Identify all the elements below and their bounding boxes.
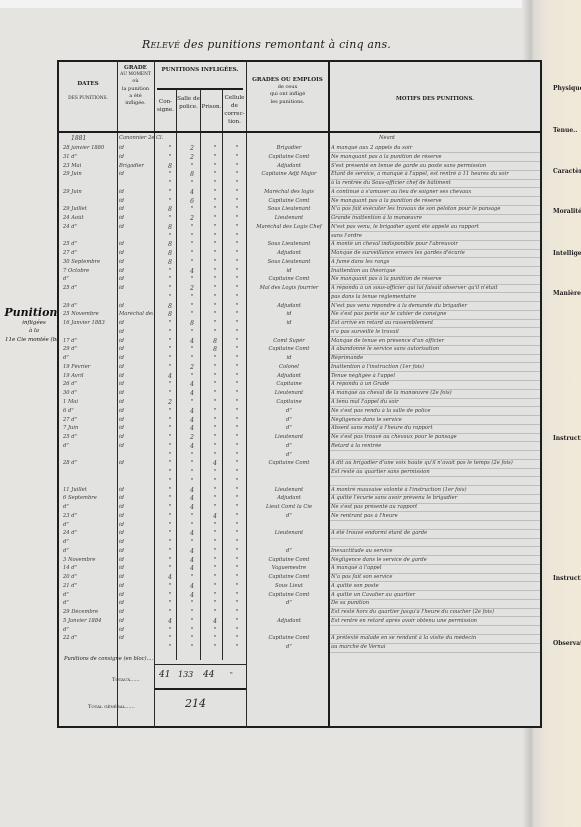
salle-cell: " (185, 452, 199, 459)
header-dates: DATES DES PUNITIONS. (59, 80, 117, 102)
inflicted-by-cell: id (249, 355, 329, 361)
cellule-cell: " (230, 215, 244, 222)
salle-cell: " (185, 373, 199, 380)
inflicted-by-cell: Lieutenant (249, 487, 329, 493)
total-general-label: Total général...... (88, 704, 135, 710)
facing-page-label: Caractère (553, 168, 581, 175)
consigne-cell: 8 (163, 259, 177, 266)
prison-cell: " (208, 583, 222, 590)
prison-cell: " (208, 311, 222, 318)
date-cell: 30 d° (63, 390, 117, 396)
date-cell: 28 d° (63, 460, 117, 466)
consigne-cell: " (163, 609, 177, 616)
cellule-cell: " (230, 443, 244, 450)
header-grade-sub3: la punition (117, 86, 154, 93)
motif-cell: A monté un cheval indisponible pour l'ab… (331, 241, 539, 247)
prison-cell: " (208, 469, 222, 476)
consigne-cell: " (163, 443, 177, 450)
motif-cell: A tenu mal l'appel du soir (331, 399, 539, 405)
document-page: Relevé des punitions remontant à cinq an… (0, 0, 581, 827)
grade-cell: id (119, 285, 153, 291)
cellule-cell: " (230, 346, 244, 353)
consigne-cell: " (163, 539, 177, 546)
prison-cell: " (208, 574, 222, 581)
date-cell: d° (63, 548, 117, 554)
date-cell: 29 d° (63, 303, 117, 309)
motif-cell: A quitté un Cavalier au quartier (331, 592, 539, 598)
inflicted-by-cell: id (249, 320, 329, 326)
prison-cell: " (208, 171, 222, 178)
grade-cell: id (119, 381, 153, 387)
date-cell: 3 Novembre (63, 557, 117, 563)
prison-cell: " (208, 250, 222, 257)
cellule-cell: " (230, 583, 244, 590)
consigne-cell: " (163, 268, 177, 275)
salle-cell: 4 (185, 583, 199, 590)
date-cell: 29 Juin (63, 171, 117, 177)
cellule-cell: " (230, 355, 244, 362)
motif-cell: De sa punition (331, 600, 539, 606)
prison-cell: " (208, 557, 222, 564)
grade-cell: id (119, 276, 153, 282)
grade-cell: id (119, 250, 153, 256)
date-cell: 20 d° (63, 574, 117, 580)
salle-cell: 4 (185, 425, 199, 432)
salle-cell: 4 (185, 487, 199, 494)
salle-cell: 4 (185, 565, 199, 572)
inflicted-by-cell: d° (249, 452, 329, 458)
motif-cell: Inexactitude au service (331, 548, 539, 554)
motif-cell: Est resté au quartier sans permission (331, 469, 539, 475)
date-cell: 25 d° (63, 285, 117, 291)
prison-cell: 4 (208, 460, 222, 467)
header-dates-sub: DES PUNITIONS. (59, 96, 117, 102)
facing-page-label: Physique (553, 85, 581, 92)
consigne-cell: " (163, 180, 177, 187)
cellule-cell: " (230, 635, 244, 642)
grade-cell: id (119, 355, 153, 361)
grade-cell: id (119, 320, 153, 326)
consigne-cell: " (163, 233, 177, 240)
margin-note: Punitions infligées à la 11e Cie montée … (4, 306, 64, 344)
grade-cell: id (119, 618, 153, 624)
motif-cell: Tenue négligée à l'appel (331, 373, 539, 379)
motif-cell: Est resté hors du quartier jusqu'à l'heu… (331, 609, 539, 615)
date-cell: 6 d° (63, 408, 117, 414)
consigne-cell: " (163, 198, 177, 205)
motif-cell: Grande inattention à la manœuvre (331, 215, 539, 221)
consigne-cell: 8 (163, 206, 177, 213)
page-top-edge (0, 0, 581, 8)
facing-page-label: Tenue.. (553, 127, 577, 134)
inflicted-by-cell: d° (249, 600, 329, 606)
salle-cell: 4 (185, 338, 199, 345)
cellule-cell: " (230, 224, 244, 231)
prison-cell: " (208, 522, 222, 529)
grade-cell: id (119, 399, 153, 405)
salle-cell: 8 (185, 320, 199, 327)
cellule-cell: " (230, 250, 244, 257)
grade-cell: id (119, 425, 153, 431)
cellule-cell: " (230, 154, 244, 161)
prison-cell: " (208, 215, 222, 222)
salle-cell: " (185, 250, 199, 257)
margin-note-line1: infligées (4, 319, 64, 327)
date-cell: 29 Juillet (63, 206, 117, 212)
inflicted-by-cell: Adjudant (249, 250, 329, 256)
consigne-cell: " (163, 355, 177, 362)
salle-cell: " (185, 574, 199, 581)
salle-cell: 4 (185, 548, 199, 555)
inflicted-by-cell: Lieutenant (249, 434, 329, 440)
date-cell: 27 d° (63, 417, 117, 423)
grade-cell: id (119, 189, 153, 195)
grade-cell: id (119, 268, 153, 274)
grade-cell: id (119, 504, 153, 510)
consigne-cell: " (163, 548, 177, 555)
motif-cell: Négligence dans le service de garde (331, 557, 539, 563)
prison-cell: " (208, 224, 222, 231)
header-grades-emplois: GRADES OU EMPLOIS de ceux qui ont inflig… (247, 76, 328, 106)
cellule-cell: " (230, 530, 244, 537)
prison-cell: " (208, 434, 222, 441)
motif-cell: A répondu à un Gradé (331, 381, 539, 387)
prison-cell: " (208, 548, 222, 555)
header-grades-emplois-label: GRADES OU EMPLOIS (247, 76, 328, 84)
grade-cell: id (119, 513, 153, 519)
consigne-cell: " (163, 434, 177, 441)
salle-cell: 2 (185, 364, 199, 371)
consigne-cell: " (163, 381, 177, 388)
consigne-cell: 4 (163, 373, 177, 380)
consigne-cell: " (163, 452, 177, 459)
date-cell: d° (63, 539, 117, 545)
salle-cell: 2 (185, 434, 199, 441)
inflicted-by-cell: Colonel (249, 364, 329, 370)
grade-cell: id (119, 346, 153, 352)
cellule-cell: " (230, 600, 244, 607)
grade-cell: id (119, 145, 153, 151)
consigne-cell: " (163, 460, 177, 467)
date-cell: 11 Juillet (63, 487, 117, 493)
inflicted-by-cell: Capitaine (249, 381, 329, 387)
header-bottom-rule (59, 131, 540, 133)
consigne-cell: 2 (163, 399, 177, 406)
grade-cell: id (119, 548, 153, 554)
consigne-cell: 8 (163, 224, 177, 231)
date-cell: 25 d° (63, 241, 117, 247)
motif-cell: Ne rentrant pas à l'heure (331, 513, 539, 519)
motif-cell: A manqué aux 2 appels du soir (331, 145, 539, 151)
facing-page-label: Intelligence (553, 250, 581, 257)
prison-cell: " (208, 364, 222, 371)
inflicted-by-cell: Capitaine Comt (249, 346, 329, 352)
motif-cell: Est rentré en retard après avoir obtenu … (331, 618, 539, 624)
cellule-cell: " (230, 469, 244, 476)
date-cell: 25 d° (63, 434, 117, 440)
salle-cell: " (185, 539, 199, 546)
salle-cell: " (185, 522, 199, 529)
prison-cell: " (208, 600, 222, 607)
cellule-cell: " (230, 373, 244, 380)
motif-cell: au marché de Vernai (331, 644, 539, 650)
consigne-cell: " (163, 346, 177, 353)
salle-cell: 8 (185, 171, 199, 178)
consigne-en-bloc-label: Punitions de consigne (en bloc).... (64, 656, 153, 662)
salle-cell: 2 (185, 154, 199, 161)
cellule-cell: " (230, 504, 244, 511)
motif-cell: N'a pas fait exécuter les travaux de son… (331, 206, 539, 212)
cellule-cell: " (230, 294, 244, 301)
consigne-cell: " (163, 285, 177, 292)
prison-cell: " (208, 609, 222, 616)
prison-cell: 4 (208, 513, 222, 520)
date-cell: 23 Mai (63, 163, 117, 169)
cellule-cell: " (230, 627, 244, 634)
date-cell: 16 Janvier 1883 (63, 320, 117, 326)
cellule-cell: " (230, 452, 244, 459)
consigne-cell: " (163, 329, 177, 336)
prison-cell: " (208, 285, 222, 292)
prison-cell: " (208, 241, 222, 248)
grade-cell: id (119, 522, 153, 528)
consigne-cell: 8 (163, 241, 177, 248)
salle-cell: " (185, 259, 199, 266)
consigne-cell: " (163, 600, 177, 607)
motif-cell: Ne s'est pas porté sur le cahier de cons… (331, 311, 539, 317)
grade-cell: id (119, 627, 153, 633)
consigne-cell: " (163, 530, 177, 537)
header-grade-label: GRADE (117, 64, 154, 72)
prison-cell: " (208, 259, 222, 266)
date-cell: 19 Avril (63, 373, 117, 379)
cellule-cell: " (230, 408, 244, 415)
grade-cell: id (119, 241, 153, 247)
consigne-cell: " (163, 557, 177, 564)
motif-cell: Ne s'est pas rendu à la salle de police (331, 408, 539, 414)
motif-cell: Inattention à l'instruction (1er fois) (331, 364, 539, 370)
prison-cell: " (208, 425, 222, 432)
header-grade-sub2: où (117, 78, 154, 85)
cellule-cell: " (230, 206, 244, 213)
cellule-cell: " (230, 644, 244, 651)
inflicted-by-cell: Adjudant (249, 618, 329, 624)
prison-cell: " (208, 381, 222, 388)
motif-cell: Est arrivé en retard au rassemblement (331, 320, 539, 326)
total-cellule: " (230, 672, 233, 679)
cellule-cell: " (230, 425, 244, 432)
header-grade-sub5: infligée. (117, 100, 154, 107)
grade-cell: id (119, 495, 153, 501)
cellule-cell: " (230, 495, 244, 502)
total-prison: 44 (203, 670, 214, 680)
motif-cell: Ne manquant pas à la punition de réserve (331, 276, 539, 282)
cellule-cell: " (230, 548, 244, 555)
grade-cell: id (119, 565, 153, 571)
inflicted-by-cell: Lieut Comt la Cie (249, 504, 329, 510)
grade-cell: id (119, 303, 153, 309)
header-motifs: MOTIFS DES PUNITIONS. (330, 96, 540, 104)
cellule-cell: " (230, 609, 244, 616)
grade-cell: id (119, 487, 153, 493)
margin-note-line3: 11e Cie montée (bis) (4, 336, 64, 344)
consigne-cell: " (163, 565, 177, 572)
motif-cell: Réprimande (331, 355, 539, 361)
grade-cell: Canonnier 2e Cl. (119, 135, 163, 141)
prison-cell: " (208, 198, 222, 205)
consigne-cell: " (163, 408, 177, 415)
margin-note-line2: à la (4, 327, 64, 335)
prison-cell: 8 (208, 346, 222, 353)
motif-cell: A dit au brigadier d'une voix haute qu'i… (331, 460, 539, 466)
salle-cell: " (185, 618, 199, 625)
inflicted-by-cell: Adjudant (249, 373, 329, 379)
inflicted-by-cell: d° (249, 408, 329, 414)
cellule-cell: " (230, 189, 244, 196)
cellule-cell: " (230, 311, 244, 318)
cellule-cell: " (230, 478, 244, 485)
prison-cell: " (208, 487, 222, 494)
totaux-label: Totaux...... (112, 677, 140, 683)
salle-cell: 4 (185, 557, 199, 564)
grade-cell: id (119, 171, 153, 177)
grade-cell: id (119, 635, 153, 641)
page-title: Relevé des punitions remontant à cinq an… (0, 38, 533, 51)
prison-cell: " (208, 478, 222, 485)
motif-cell: Ne s'est pas présenté au rapport (331, 504, 539, 510)
inflicted-by-cell: Capitaine Comt (249, 635, 329, 641)
consigne-cell: " (163, 390, 177, 397)
consigne-cell: " (163, 487, 177, 494)
cellule-cell: " (230, 145, 244, 152)
prison-cell: 8 (208, 338, 222, 345)
date-cell: d° (63, 627, 117, 633)
title-rest: des punitions remontant à cinq ans. (180, 38, 391, 51)
salle-cell: 4 (185, 189, 199, 196)
inflicted-by-cell: Capitaine Comt (249, 276, 329, 282)
salle-cell: 4 (185, 408, 199, 415)
grade-cell: id (119, 600, 153, 606)
consigne-cell: " (163, 513, 177, 520)
motif-cell: Ne manquant pas à la punition de réserve (331, 154, 539, 160)
inflicted-by-cell: Capitaine Comt (249, 198, 329, 204)
motif-cell: Ne manquant pas à la punition de réserve (331, 198, 539, 204)
cellule-cell: " (230, 557, 244, 564)
inflicted-by-cell: Adjudant (249, 495, 329, 501)
consigne-cell: 4 (163, 574, 177, 581)
salle-cell: 4 (185, 390, 199, 397)
prison-cell: " (208, 399, 222, 406)
date-cell: 23 d° (63, 513, 117, 519)
date-cell: 28 janvier 1880 (63, 145, 117, 151)
inflicted-by-cell: Sous Lieutenant (249, 241, 329, 247)
date-cell: 22 d° (63, 635, 117, 641)
prison-cell: " (208, 443, 222, 450)
date-cell: d° (63, 592, 117, 598)
cellule-cell: " (230, 618, 244, 625)
prison-cell: " (208, 635, 222, 642)
salle-cell: " (185, 600, 199, 607)
salle-cell: 4 (185, 268, 199, 275)
motif-cell: A quitté son poste (331, 583, 539, 589)
motif-cell: A répondu à un sous-officier qui lui fai… (331, 285, 539, 291)
inflicted-by-cell: d° (249, 644, 329, 650)
consigne-cell: " (163, 417, 177, 424)
salle-cell: " (185, 627, 199, 634)
grade-cell: Maréchal des logis (119, 311, 153, 317)
salle-cell: " (185, 469, 199, 476)
date-cell: 1 Mai (63, 399, 117, 405)
prison-cell: " (208, 189, 222, 196)
facing-page-label: Observat (553, 640, 581, 647)
date-cell: 29 Juin (63, 189, 117, 195)
salle-cell: 4 (185, 381, 199, 388)
grade-cell: id (119, 609, 153, 615)
salle-cell: 6 (185, 198, 199, 205)
motif-cell: A manqué au cheval de la manœuvre (2e fo… (331, 390, 539, 396)
cellule-cell: " (230, 574, 244, 581)
salle-cell: 2 (185, 215, 199, 222)
cellule-cell: " (230, 513, 244, 520)
inflicted-by-cell: Capitaine Comt (249, 592, 329, 598)
date-cell: 21 d° (63, 583, 117, 589)
motif-cell: à la rentrée du Sous-officier chef de bâ… (331, 180, 539, 186)
grade-cell: id (119, 338, 153, 344)
motif-cell: A montré mauvaise volonté à l'instructio… (331, 487, 539, 493)
punitions-underline (157, 88, 243, 90)
prison-cell: " (208, 206, 222, 213)
header-salle: Salle de police. (177, 95, 200, 111)
motif-cell: A continué à s'amuser au lieu de soigner… (331, 189, 539, 195)
header-grade: GRADE AU MOMENT où la punition a été inf… (117, 64, 154, 107)
margin-note-heading: Punitions (4, 306, 64, 319)
consigne-cell: " (163, 583, 177, 590)
date-cell: 19 Février (63, 364, 117, 370)
consigne-cell: 8 (163, 250, 177, 257)
grade-cell: id (119, 198, 153, 204)
salle-cell: 2 (185, 285, 199, 292)
inflicted-by-cell: Sous Lieutenant (249, 206, 329, 212)
prison-cell: 4 (208, 618, 222, 625)
cellule-cell: " (230, 180, 244, 187)
consigne-cell: " (163, 154, 177, 161)
date-cell: 29 d° (63, 346, 117, 352)
grade-cell: id (119, 443, 153, 449)
consigne-cell: 8 (163, 163, 177, 170)
prison-cell: " (208, 233, 222, 240)
motif-cell: Ne s'est pas trouvé au chevaux pour le p… (331, 434, 539, 440)
inflicted-by-cell: Lieutenant (249, 530, 329, 536)
motif-cell: Étant de service, a manqué à l'appel, es… (331, 171, 539, 177)
inflicted-by-cell: Mal des Logis fourrier (249, 285, 329, 291)
motif-cell: Inattention au théorique (331, 268, 539, 274)
header-grades-sub3: les punitions. (247, 99, 328, 106)
header-grades-sub2: qui ont infligé (247, 91, 328, 98)
salle-cell: 4 (185, 417, 199, 424)
date-cell: 24 Août (63, 215, 117, 221)
salle-cell: " (185, 206, 199, 213)
consigne-cell: 8 (163, 311, 177, 318)
inflicted-by-cell: d° (249, 513, 329, 519)
date-cell: 25 Novembre (63, 311, 117, 317)
cellule-cell: " (230, 460, 244, 467)
inflicted-by-cell: Vaguemestre (249, 565, 329, 571)
date-cell: 24 d° (63, 530, 117, 536)
prison-cell: " (208, 320, 222, 327)
motif-cell: N'est pas venu répondre à la demande du … (331, 303, 539, 309)
motif-cell: pas dans la tenue réglementaire (331, 294, 539, 300)
inflicted-by-cell: Maréchal des Logis Chef (249, 224, 329, 230)
